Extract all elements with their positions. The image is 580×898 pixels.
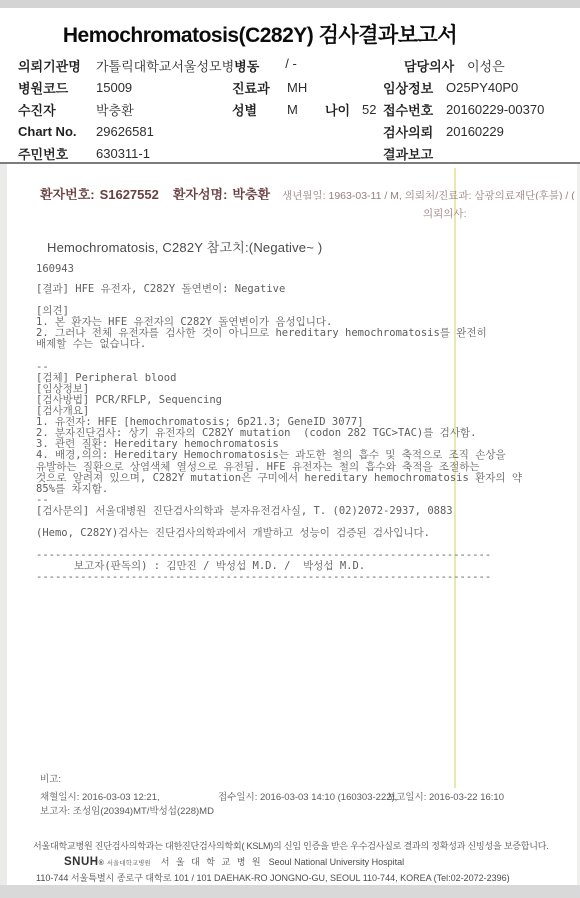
header-divider [0, 162, 580, 164]
remarks-label: 비고: [40, 771, 560, 785]
referring-doctor-label: 의뢰의사: [423, 206, 467, 221]
receipt-no-value: 20160229-00370 [446, 102, 544, 117]
report-line [36, 295, 566, 306]
report-line: 배제할 수는 없습니다. [36, 339, 566, 350]
patient-bar: 환자번호: S1627552 환자성명: 박충환 생년월일: 1963-03-1… [40, 184, 575, 200]
hospital-code-value: 15009 [96, 80, 232, 95]
age-label: 나이 [325, 100, 362, 119]
report-page: Hemochromatosis(C282Y) 검사결과보고서 의뢰기관명 가톨릭… [0, 0, 580, 898]
page-title: Hemochromatosis(C282Y) 검사결과보고서 [0, 19, 520, 49]
sex-value: M [287, 102, 325, 117]
header-row-org: 의뢰기관명 가톨릭대학교서울성모병병동/ - 담당의사 이성은 [0, 54, 580, 76]
report-line: [검사문의] 서울대병원 진단검사의학과 분자유전검사실, T. (02)207… [36, 506, 566, 517]
resident-id-label: 주민번호 [18, 144, 96, 163]
resident-id-value: 630311-1 [96, 146, 232, 161]
doctor-label: 담당의사 [404, 56, 467, 75]
test-section-title: Hemochromatosis, C282Y 참고치:(Negative~ ) [47, 237, 322, 256]
result-report-label: 결과보고 [383, 144, 446, 163]
receipt-no-label: 접수번호 [383, 100, 446, 119]
report-body: [결과] HFE 유전자, C282Y 돌연변이: Negative [의견]1… [36, 284, 566, 584]
report-line: [검사방법] PCR/RFLP, Sequencing [36, 395, 566, 406]
doctor-value: 이성은 [467, 56, 505, 75]
birth-info: 생년월일: 1963-03-11 / M, 의뢰처/진료과: 삼광의료재단(후불… [282, 188, 575, 200]
header-row-code: 병원코드 15009 진료과 MH 임상정보 O25PY40P0 [0, 76, 580, 98]
chart-no-label: Chart No. [18, 124, 96, 139]
collection-datetime: 채혈일시: 2016-03-03 12:21, [40, 789, 160, 803]
clinical-info-value: O25PY40P0 [446, 80, 518, 95]
snuh-logo-small-text: 서울대학교병원 [107, 858, 151, 867]
header-row-patient: 수진자 박충환 성별 M 나이 52 접수번호 20160229-00370 [0, 98, 580, 120]
hospital-name-en: Seoul National University Hospital [269, 857, 405, 867]
report-line [36, 351, 566, 362]
snuh-logo: SNUH [64, 856, 99, 868]
patient-label: 수진자 [18, 100, 96, 119]
report-line: 4. 배경,의의: Hereditary Hemochromatosis는 과도… [36, 450, 566, 461]
sex-label: 성별 [232, 100, 287, 119]
report-line: (Hemo, C282Y)검사는 진단검사의학과에서 개발하고 성능이 검증된 … [36, 528, 566, 539]
receipt-datetime: 접수일시: 2016-03-03 14:10 (160303-222), [218, 789, 397, 803]
hospital-name-kr: 서 울 대 학 교 병 원 [161, 855, 263, 868]
report-line: 85%를 차지함. [36, 484, 566, 495]
patient-name-label: 환자성명: [173, 184, 228, 200]
department-label: 진료과 [232, 78, 287, 97]
department-value: MH [287, 80, 325, 95]
report-line: ----------------------------------------… [36, 572, 566, 583]
scan-bottom-bar [0, 885, 580, 898]
report-code: 160943 [36, 263, 74, 275]
ward-value: / - [285, 56, 297, 75]
test-request-value: 20160229 [446, 124, 504, 139]
report-line: [결과] HFE 유전자, C282Y 돌연변이: Negative [36, 284, 566, 295]
footer: 서울대학교병원 진단검사의학과는 대한진단검사의학회( KSLM)의 신임 인증… [0, 839, 580, 884]
patient-value: 박충환 [96, 100, 232, 119]
header-row-chart: Chart No. 29626581 검사의뢰 20160229 [0, 120, 580, 142]
report-line: 것으로 알려져 있으며, C282Y mutation은 구미에서 heredi… [36, 473, 566, 484]
hospital-logo-line: SNUH® 서울대학교병원 서 울 대 학 교 병 원 Seoul Nation… [0, 855, 580, 868]
reported-datetime: 보고일시: 2016-03-22 16:10 [387, 789, 504, 803]
test-request-label: 검사의뢰 [383, 122, 446, 141]
org-value: 가톨릭대학교서울성모병 [96, 56, 234, 75]
ward-label: 병동 [234, 56, 259, 75]
scan-top-bar [0, 0, 580, 8]
remarks-section: 비고: 채혈일시: 2016-03-03 12:21, 접수일시: 2016-0… [40, 771, 560, 817]
patient-no-value: S1627552 [100, 187, 159, 200]
org-label: 의뢰기관명 [18, 56, 96, 75]
accreditation-text: 서울대학교병원 진단검사의학과는 대한진단검사의학회( KSLM)의 신임 인증… [0, 839, 580, 852]
reporter: 보고자: 조성임(20394)MT/박성섭(228)MD [40, 803, 560, 817]
patient-name-value: 박충환 [232, 184, 270, 200]
age-value: 52 [362, 102, 383, 117]
registered-mark-icon: ® [99, 860, 104, 867]
chart-no-value: 29626581 [96, 124, 232, 139]
remarks-dates: 채혈일시: 2016-03-03 12:21, 접수일시: 2016-03-03… [40, 789, 560, 802]
header-row-resident: 주민번호 630311-1 결과보고 [0, 142, 580, 164]
clinical-info-label: 임상정보 [383, 78, 446, 97]
report-line: 유발하는 질환으로 상염색체 열성으로 유전됨. HFE 유전자는 철의 흡수와… [36, 462, 566, 473]
report-line: [검체] Peripheral blood [36, 373, 566, 384]
hospital-address: 110-744 서울특별시 종로구 대학로 101 / 101 DAEHAK-R… [0, 871, 580, 884]
scan-edge-left [0, 164, 7, 885]
hospital-code-label: 병원코드 [18, 78, 96, 97]
patient-no-label: 환자번호: [40, 184, 95, 200]
header-info: 의뢰기관명 가톨릭대학교서울성모병병동/ - 담당의사 이성은 병원코드 150… [0, 54, 580, 164]
